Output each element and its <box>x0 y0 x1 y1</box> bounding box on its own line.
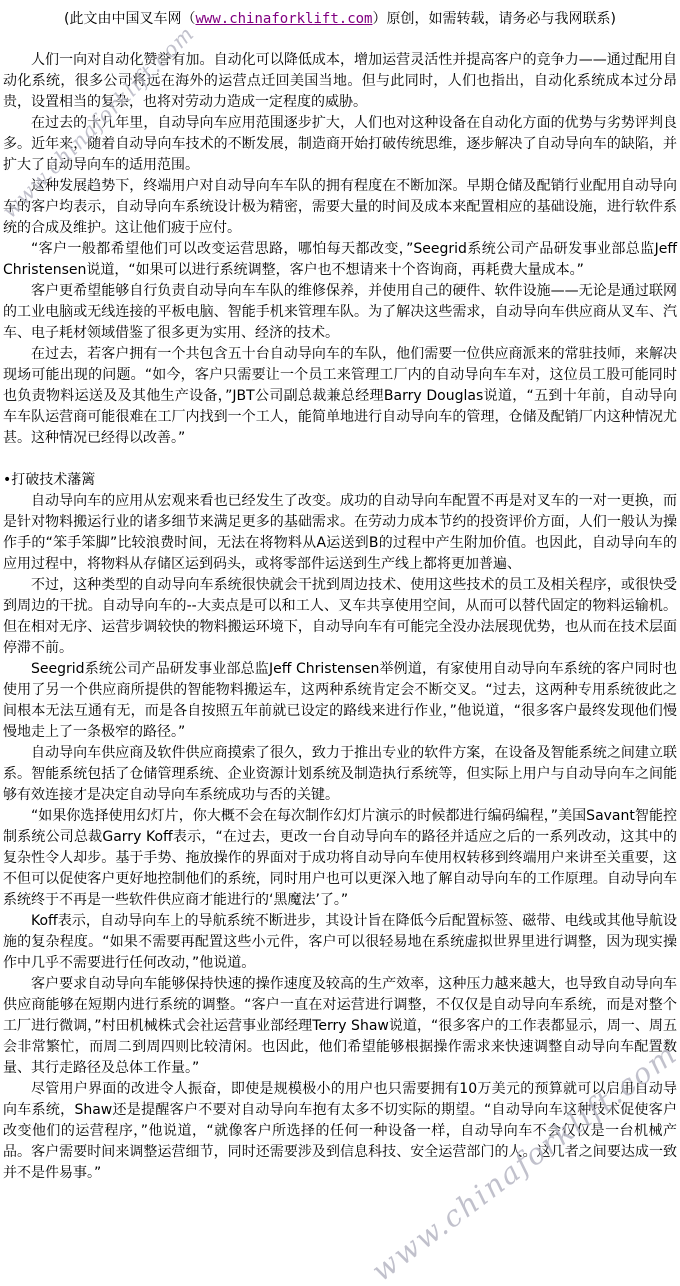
article-paragraph: 客户更希望能够自行负责自动导向车车队的维修保养，并使用自己的硬件、软件设施——无… <box>3 281 677 344</box>
article-paragraph: 不过，这种类型的自动导向车系统很快就会干扰到周边技术、使用这些技术的员工及相关程… <box>3 575 677 659</box>
article-paragraph: “如果你选择使用幻灯片，你大概不会在每次制作幻灯片演示的时候都进行编码编程，”美… <box>3 806 677 911</box>
article-paragraph: “客户一般都希望他们可以改变运营思路，哪怕每天都改变，”Seegrid系统公司产… <box>3 239 677 281</box>
document-page: www.chinaforklift.com www.chinaforklift.… <box>0 0 680 1286</box>
article-paragraph: Seegrid系统公司产品研发事业部总监Jeff Christensen举例道，… <box>3 659 677 743</box>
article-paragraph: 这种发展趋势下，终端用户对自动导向车车队的拥有程度在不断加深。早期仓储及配销行业… <box>3 176 677 239</box>
article-paragraph: 在过去，若客户拥有一个共包含五十台自动导向车的车队，他们需要一位供应商派来的常驻… <box>3 344 677 449</box>
source-link[interactable]: www.chinaforklift.com <box>195 11 372 27</box>
article-paragraph: 人们一向对自动化赞誉有加。自动化可以降低成本，增加运营灵活性并提高客户的竞争力—… <box>3 50 677 113</box>
article-paragraph: 客户要求自动导向车能够保持快速的操作速度及较高的生产效率，这种压力越来越大，也导… <box>3 974 677 1079</box>
article-paragraph: 自动导向车供应商及软件供应商摸索了很久，致力于推出专业的软件方案，在设备及智能系… <box>3 743 677 806</box>
article-paragraph: 在过去的十几年里，自动导向车应用范围逐步扩大，人们也对这种设备在自动化方面的优势… <box>3 113 677 176</box>
article-paragraph: 自动导向车的应用从宏观来看也已经发生了改变。成功的自动导向车配置不再是对叉车的一… <box>3 491 677 575</box>
section-heading: •打破技术藩篱 <box>3 470 677 491</box>
article-paragraph: Koff表示，自动导向车上的导航系统不断进步，其设计旨在降低今后配置标签、磁带、… <box>3 911 677 974</box>
source-notice-suffix: ）原创，如需转载，请务必与我网联系) <box>373 11 616 27</box>
article-paragraph: 尽管用户界面的改进令人振奋，即使是规模极小的用户也只需要拥有10万美元的预算就可… <box>3 1079 677 1184</box>
article-body: 人们一向对自动化赞誉有加。自动化可以降低成本，增加运营灵活性并提高客户的竞争力—… <box>3 50 677 1184</box>
source-notice-prefix: (此文由中国叉车网（ <box>64 11 195 27</box>
source-notice: (此文由中国叉车网（www.chinaforklift.com）原创，如需转载，… <box>3 9 677 30</box>
